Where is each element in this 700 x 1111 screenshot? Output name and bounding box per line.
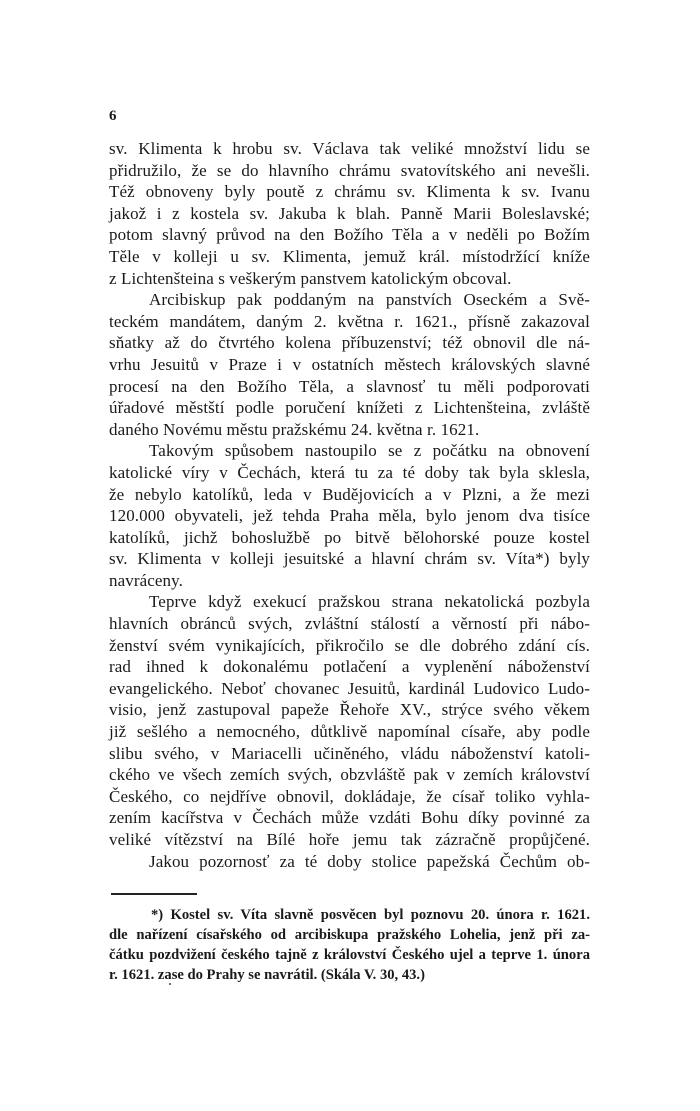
text-line: potom slavný průvod na den Božího Těla a… [109, 224, 590, 246]
text-line: sňatky až do čtvrtého kolena příbuzenstv… [109, 332, 590, 354]
footnote-separator-rule [111, 893, 197, 895]
body-text: sv. Klimenta k hrobu sv. Václava tak vel… [109, 138, 590, 872]
text-line: visio, jenž zastupoval papeže Řehoře XV.… [109, 699, 590, 721]
text-line: ckého ve všech zemích svých, obzvláště p… [109, 764, 590, 786]
paragraph-start-line: Teprve když exekucí pražskou strana neka… [109, 591, 590, 613]
text-line: Též obnoveny byly poutě z chrámu sv. Kli… [109, 181, 590, 203]
text-line: sv. Klimenta v kolleji jesuitské a hlavn… [109, 548, 590, 570]
text-line: hlavních obránců svých, zvláštní stálost… [109, 613, 590, 635]
text-line: slibu svého, v Mariacelli učiněného, vlá… [109, 743, 590, 765]
text-line: jakož i z kostela sv. Jakuba k blah. Pan… [109, 203, 590, 225]
footnote-line: *) Kostel sv. Víta slavně posvěcen byl p… [109, 905, 590, 925]
paragraph-start-line: Arcibiskup pak poddaným na panstvích Ose… [109, 289, 590, 311]
text-line: procesí na den Božího Těla, a slavnosť t… [109, 376, 590, 398]
text-line: vrhu Jesuitů v Praze i v ostatních měste… [109, 354, 590, 376]
paragraph-start-line: Jakou pozornosť za té doby stolice papež… [109, 851, 590, 873]
footnote: *) Kostel sv. Víta slavně posvěcen byl p… [109, 905, 590, 985]
text-line: evangelického. Neboť chovanec Jesuitů, k… [109, 678, 590, 700]
text-line: Těle v kolleji u sv. Klimenta, jemuž krá… [109, 246, 590, 268]
text-line: teckém mandátem, daným 2. května r. 1621… [109, 311, 590, 333]
text-line: katolické víry v Čechách, která tu za té… [109, 462, 590, 484]
page-number: 6 [109, 107, 117, 125]
text-line: navráceny. [109, 570, 590, 592]
text-line: rad ihned k dokonalému potlačení a vyple… [109, 656, 590, 678]
text-line: již sešlého a nemocného, důtklivě napomí… [109, 721, 590, 743]
text-line: zením kacířstva v Čechách může vzdáti Bo… [109, 807, 590, 829]
text-line: ženství svém vynikajících, přikročilo se… [109, 635, 590, 657]
text-line: daného Novému městu pražskému 24. května… [109, 419, 590, 441]
footnote-line: čátku pozdvižení českého tajně z královs… [109, 945, 590, 965]
text-line: že nebylo katolíků, leda v Budějovicích … [109, 484, 590, 506]
book-page: 6 sv. Klimenta k hrobu sv. Václava tak v… [0, 0, 700, 1111]
text-line: úřadové městští podle poručení knížeti z… [109, 397, 590, 419]
print-speck [169, 983, 171, 985]
text-line: 120.000 obyvateli, jež tehda Praha měla,… [109, 505, 590, 527]
footnote-line: r. 1621. zase do Prahy se navrátil. (Ská… [109, 965, 590, 985]
footnote-line: dle nařízení císařského od arcibiskupa p… [109, 925, 590, 945]
paragraph-start-line: Takovým spůsobem nastoupilo se z počátku… [109, 440, 590, 462]
text-line: z Lichtenšteina s veškerým panstvem kato… [109, 268, 590, 290]
text-line: sv. Klimenta k hrobu sv. Václava tak vel… [109, 138, 590, 160]
text-line: veliké vítězství na Bílé hoře jemu tak z… [109, 829, 590, 851]
text-line: přidružilo, že se do hlavního chrámu sva… [109, 160, 590, 182]
text-line: katolíků, jichž bohoslužbě po bitvě bělo… [109, 527, 590, 549]
text-line: Českého, co nejdříve obnovil, dokládaje,… [109, 786, 590, 808]
